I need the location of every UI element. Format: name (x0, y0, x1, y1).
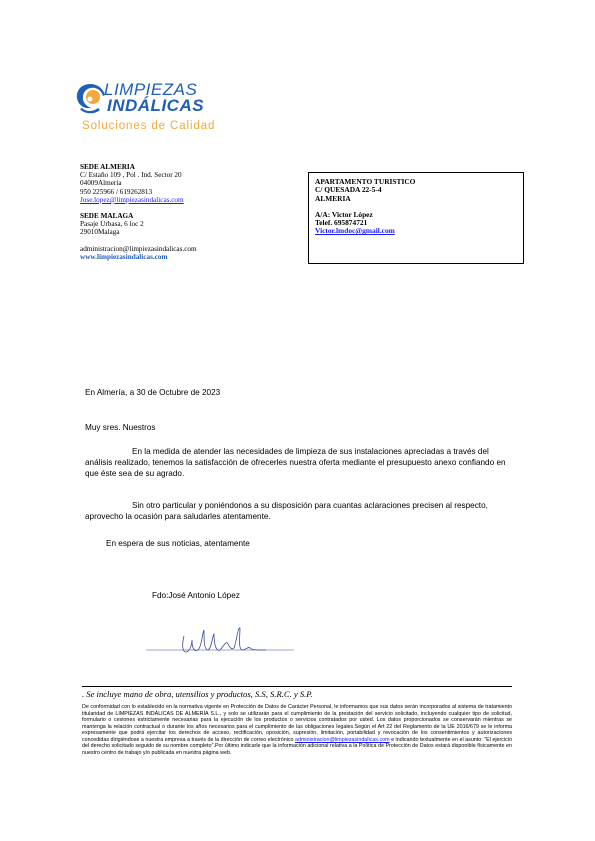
sede-malaga-address: Pasaje Urbasa, 6 loc 2 (80, 220, 197, 228)
sede-malaga-title: SEDE MALAGA (80, 212, 197, 220)
signature-image (146, 622, 296, 656)
sender-block: SEDE ALMERIA C/ Estaño 109 , Pol . Ind. … (80, 163, 197, 261)
sede-malaga-postcode: 29010Malaga (80, 228, 197, 236)
paragraph-1-text: En la medida de atender las necesidades … (85, 447, 506, 478)
general-email: administracion@limpiezasindalicas.com (80, 245, 197, 253)
recipient-city: ALMERIA (315, 195, 523, 203)
letter-paragraph-1: En la medida de atender las necesidades … (85, 446, 513, 479)
paragraph-2-text: Sin otro particular y poniéndonos a su d… (85, 501, 488, 521)
letter-salutation: Muy sres. Nuestros (85, 422, 156, 433)
sede-almeria-title: SEDE ALMERIA (80, 163, 197, 171)
recipient-box: APARTAMENTO TURISTICO C/ QUESADA 22-5-4 … (308, 172, 524, 264)
sede-almeria-phones: 950 225966 / 619262813 (80, 188, 197, 196)
data-protection-notice: De conformidad con lo establecido en la … (82, 704, 512, 756)
recipient-email-link[interactable]: Victor.lmdoc@gmail.com (315, 227, 523, 235)
website-link[interactable]: www.limpiezasindalicas.com (80, 253, 197, 261)
service-note: . Se incluye mano de obra, utensilios y … (82, 689, 313, 699)
legal-email-link[interactable]: administracion@limpiezasindalicas.com (295, 737, 390, 743)
letter-signer: Fdo:José Antonio López (152, 590, 240, 601)
letter-closing: En espera de sus noticias, atentamente (106, 538, 250, 549)
sede-almeria-address: C/ Estaño 109 , Pol . Ind. Sector 20 (80, 171, 197, 179)
footer-divider (82, 686, 512, 687)
logo-text-indalicas: INDÁLICAS (107, 96, 204, 116)
letter-date: En Almería, a 30 de Octubre de 2023 (85, 387, 220, 398)
sede-almeria-email-link[interactable]: Jose.lopez@limpiezasindalicas.com (80, 196, 197, 204)
company-logo-icon (74, 82, 106, 116)
letter-paragraph-2: Sin otro particular y poniéndonos a su d… (85, 500, 513, 522)
company-logo: LIMPIEZAS INDÁLICAS Soluciones de Calida… (74, 80, 224, 136)
logo-tagline: Soluciones de Calidad (82, 120, 215, 132)
sede-almeria-postcode: 04009Almeria (80, 179, 197, 187)
